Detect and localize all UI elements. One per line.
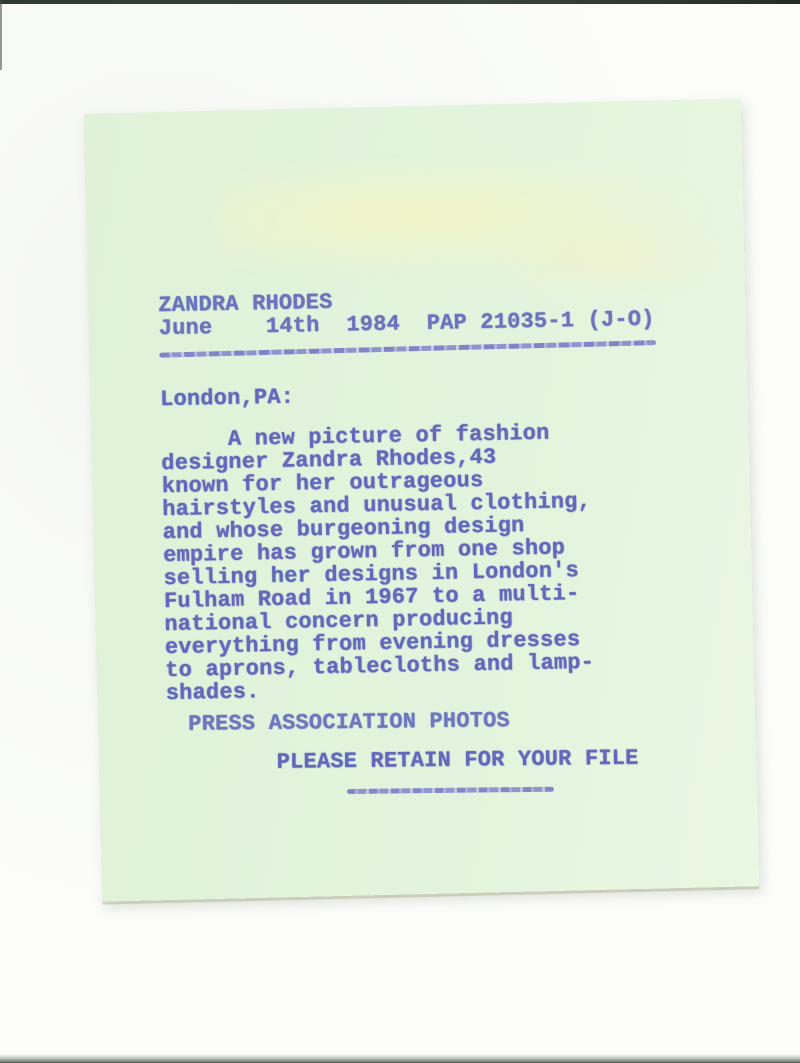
typed-caption: ZANDRA RHODES June 14th 1984 PAP 21035-1… [158,284,708,796]
paper-stain [215,149,718,281]
agency-line: PRESS ASSOCIATION PHOTOS [188,707,706,736]
photo-left-edge [0,0,2,70]
caption-paper: ZANDRA RHODES June 14th 1984 PAP 21035-1… [84,98,759,901]
agency-stamp-block: PRESS ASSOCIATION PHOTOS PLEASE RETAIN F… [166,707,707,796]
caption-body: A new picture of fashion designer Zandra… [161,419,706,705]
location-line: London,PA: [160,378,700,411]
photo-bottom-edge [0,1054,800,1063]
header-rule [159,340,656,358]
photo-top-edge [0,0,800,4]
photo-frame: ZANDRA RHODES June 14th 1984 PAP 21035-1… [0,0,800,1063]
footer-rule [347,787,554,794]
retain-line: PLEASE RETAIN FOR YOUR FILE [277,746,707,774]
